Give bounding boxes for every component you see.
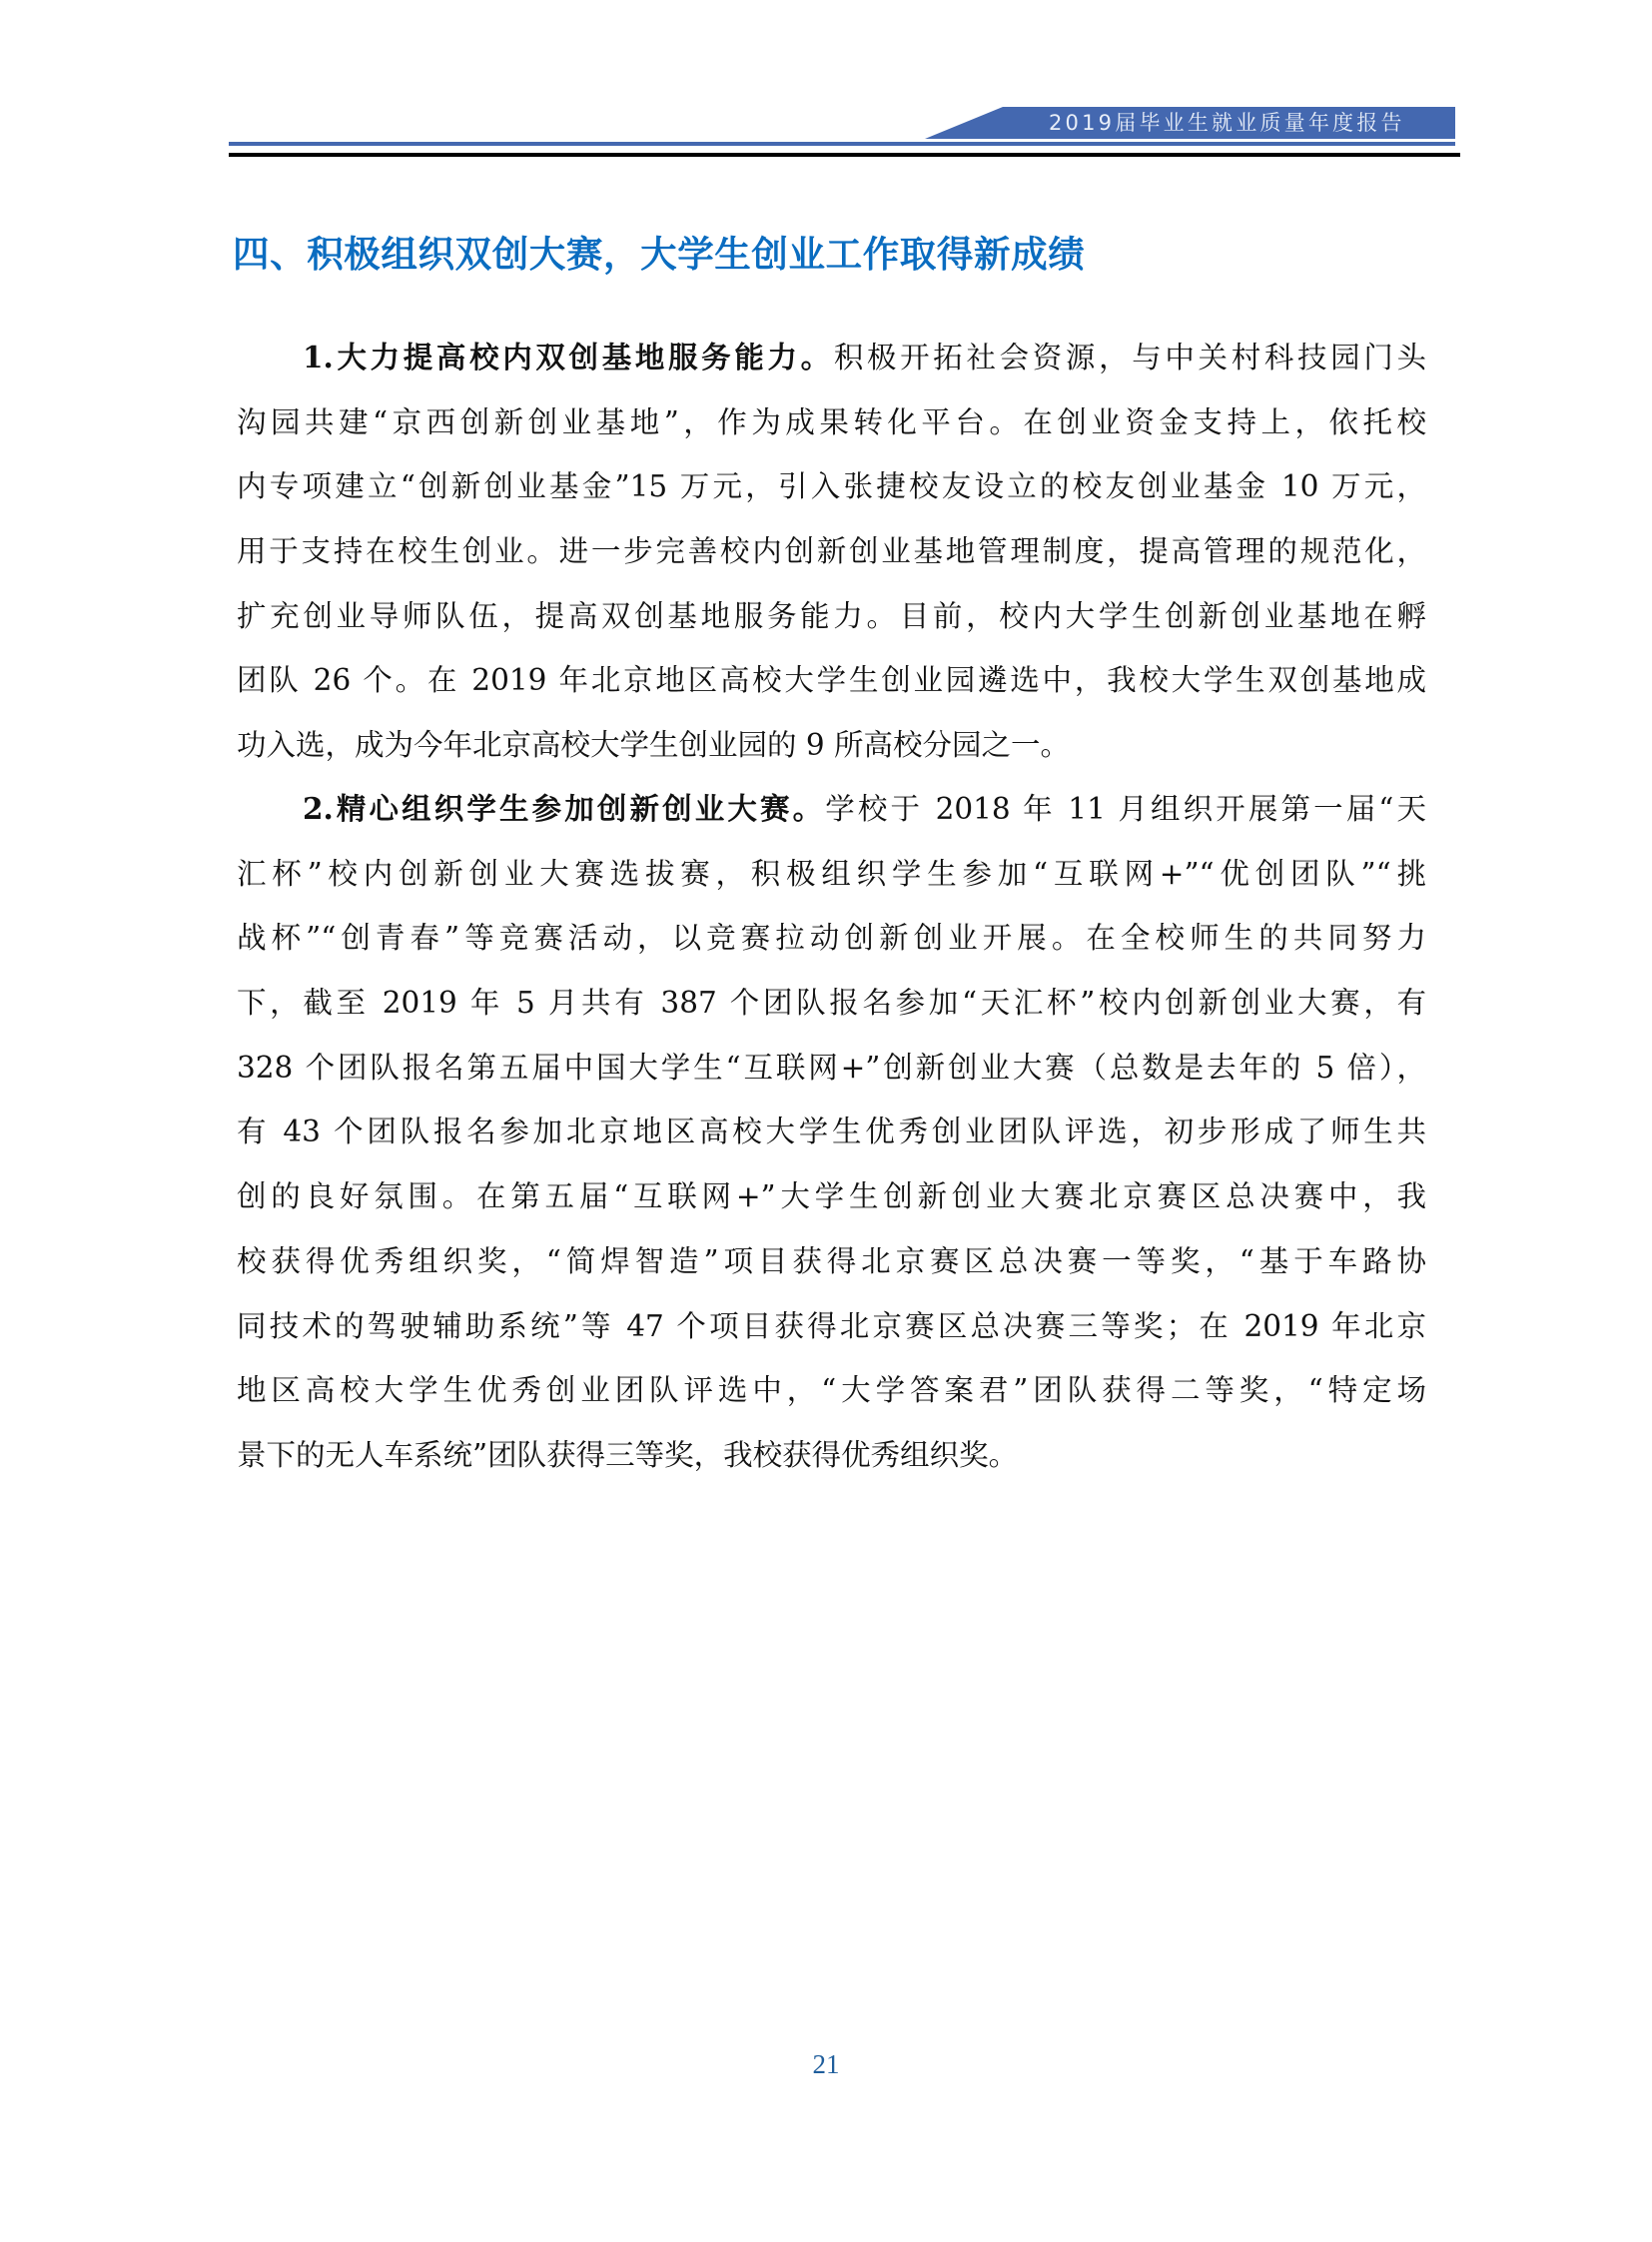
paragraph-line: 沟园共建“京西创新创业基地”，作为成果转化平台。在创业资金支持上，依托校 xyxy=(237,390,1426,455)
paragraph-line: 创的良好氛围。在第五届“互联网+”大学生创新创业大赛北京赛区总决赛中，我 xyxy=(237,1164,1426,1229)
paragraph-line: 功入选，成为今年北京高校大学生创业园的 9 所高校分园之一。 xyxy=(237,713,1426,778)
paragraph-line: 扩充创业导师队伍，提高双创基地服务能力。目前，校内大学生创新创业基地在孵 xyxy=(237,584,1426,649)
paragraph-line: 战杯”“创青春”等竞赛活动，以竞赛拉动创新创业开展。在全校师生的共同努力 xyxy=(237,906,1426,971)
paragraph-line: 1.大力提高校内双创基地服务能力。积极开拓社会资源，与中关村科技园门头 xyxy=(237,326,1426,390)
paragraph-line: 同技术的驾驶辅助系统”等 47 个项目获得北京赛区总决赛三等奖；在 2019 年… xyxy=(237,1294,1426,1359)
header-rule-black xyxy=(229,153,1460,157)
paragraph-line: 328 个团队报名第五届中国大学生“互联网+”创新创业大赛（总数是去年的 5 倍… xyxy=(237,1036,1426,1101)
paragraph-text: 积极开拓社会资源，与中关村科技园门头 xyxy=(834,341,1426,374)
header-rule-blue xyxy=(229,142,1455,146)
paragraph-line: 团队 26 个。在 2019 年北京地区高校大学生创业园遴选中，我校大学生双创基… xyxy=(237,648,1426,713)
page-number: 21 xyxy=(0,2049,1652,2080)
paragraph-lead: 1.大力提高校内双创基地服务能力。 xyxy=(303,340,834,374)
paragraph-line: 校获得优秀组织奖，“简焊智造”项目获得北京赛区总决赛一等奖，“基于车路协 xyxy=(237,1229,1426,1294)
paragraph-1: 1.大力提高校内双创基地服务能力。积极开拓社会资源，与中关村科技园门头 沟园共建… xyxy=(237,326,1426,778)
paragraph-text: 学校于 2018 年 11 月组织开展第一届“天 xyxy=(825,792,1426,826)
report-title: 2019届毕业生就业质量年度报告 xyxy=(1049,107,1405,139)
paragraph-line: 用于支持在校生创业。进一步完善校内创新创业基地管理制度，提高管理的规范化， xyxy=(237,519,1426,584)
paragraph-line: 2.精心组织学生参加创新创业大赛。学校于 2018 年 11 月组织开展第一届“… xyxy=(237,777,1426,842)
paragraph-line: 地区高校大学生优秀创业团队评选中，“大学答案君”团队获得二等奖，“特定场 xyxy=(237,1358,1426,1423)
paragraph-line: 汇杯”校内创新创业大赛选拔赛，积极组织学生参加“互联网+”“优创团队”“挑 xyxy=(237,842,1426,907)
paragraph-line: 景下的无人车系统”团队获得三等奖，我校获得优秀组织奖。 xyxy=(237,1423,1426,1488)
paragraph-lead: 2.精心组织学生参加创新创业大赛。 xyxy=(303,791,825,826)
paragraph-line: 内专项建立“创新创业基金”15 万元，引入张捷校友设立的校友创业基金 10 万元… xyxy=(237,454,1426,519)
section-title: 四、积极组织双创大赛，大学生创业工作取得新成绩 xyxy=(233,226,1085,278)
paragraph-line: 下，截至 2019 年 5 月共有 387 个团队报名参加“天汇杯”校内创新创业… xyxy=(237,971,1426,1036)
paragraph-2: 2.精心组织学生参加创新创业大赛。学校于 2018 年 11 月组织开展第一届“… xyxy=(237,777,1426,1488)
paragraph-line: 有 43 个团队报名参加北京地区高校大学生优秀创业团队评选，初步形成了师生共 xyxy=(237,1100,1426,1164)
